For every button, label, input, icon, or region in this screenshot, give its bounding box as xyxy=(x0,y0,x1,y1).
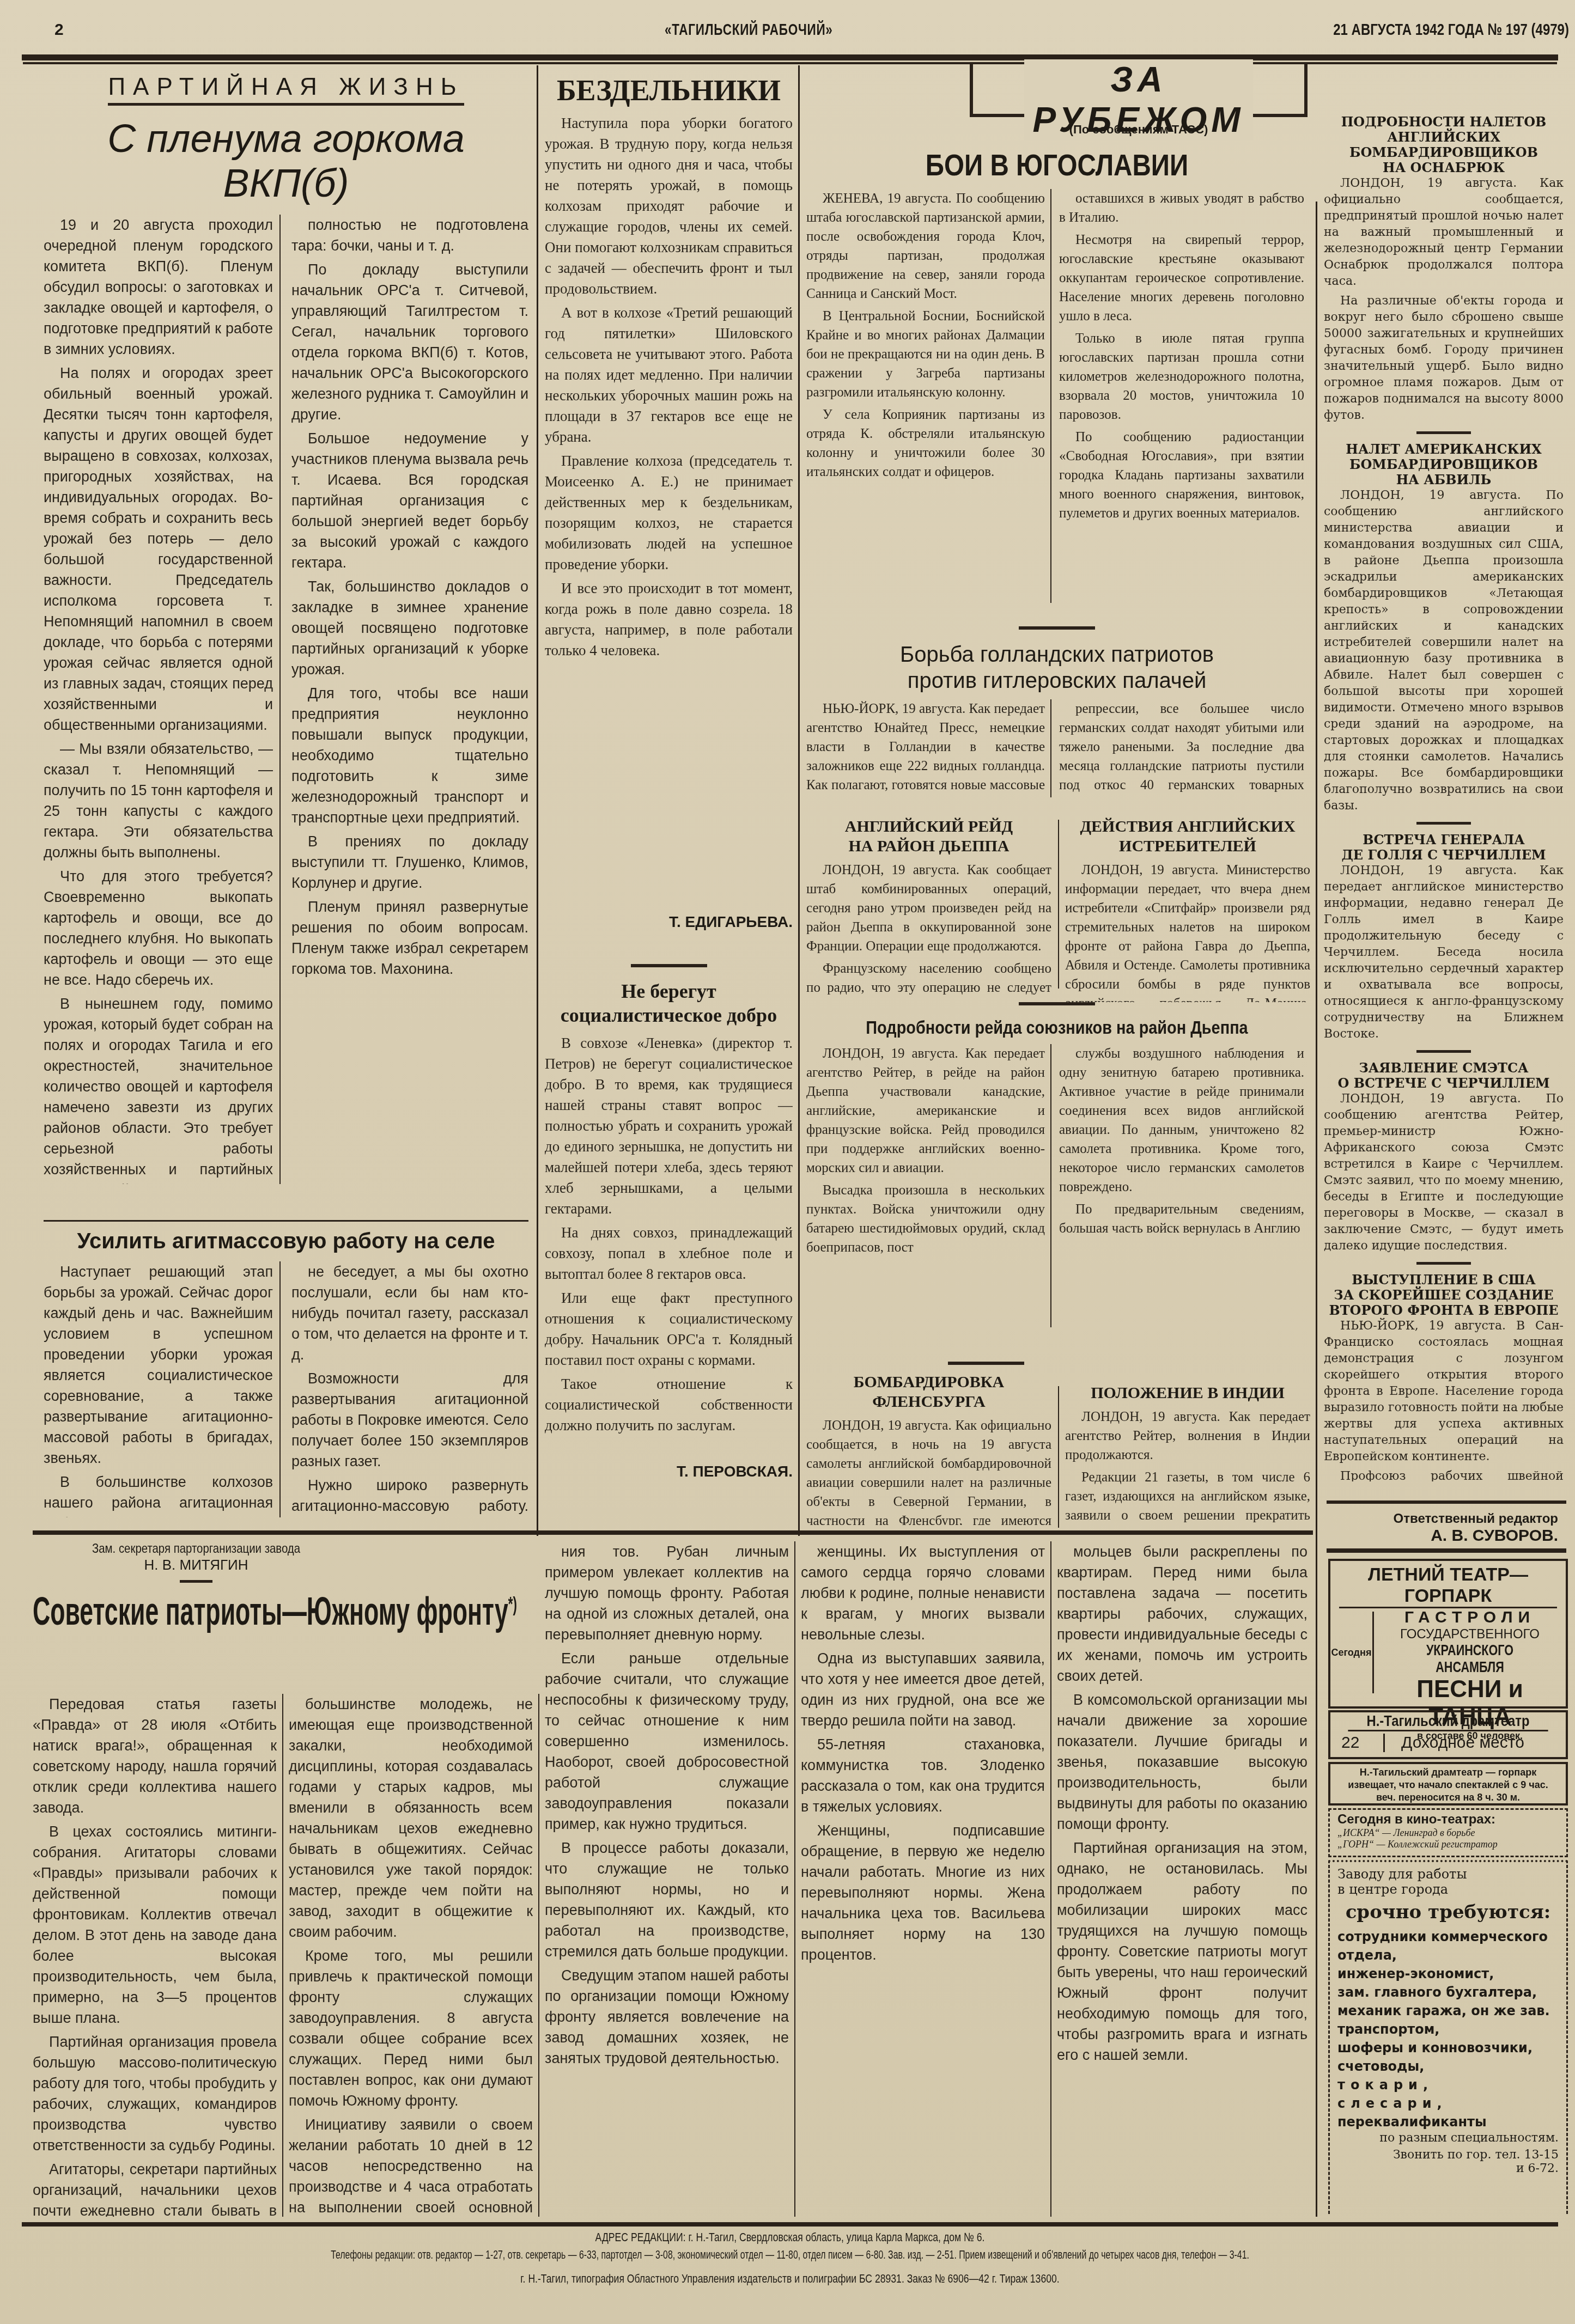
paragraph: Партийная организация провела большую ма… xyxy=(33,2032,277,2156)
paragraph: ЛОНДОН, 19 августа. По сообщению английс… xyxy=(1324,487,1564,814)
job-position: счетоводы, xyxy=(1337,2057,1559,2076)
paragraph: ЛОНДОН, 19 августа. Как официально сообщ… xyxy=(1324,175,1564,290)
paragraph: Одна из выступавших заявила, что хотя у … xyxy=(801,1648,1045,1731)
headline-line: АНГЛИЙСКИХ xyxy=(1324,130,1564,145)
byline: Зам. секретаря парторганизации завода Н.… xyxy=(33,1541,360,1583)
article-headline: Подробности рейда союзников на район Дье… xyxy=(844,1017,1270,1039)
article-column: большинстве молодежь, не имеющая еще про… xyxy=(289,1694,539,2217)
article-headline: БОИ В ЮГОСЛАВИИ xyxy=(844,147,1270,182)
headline-line: ВЫСТУПЛЕНИЕ В США xyxy=(1324,1272,1564,1288)
paragraph: — Мы взяли обязательство, — сказал т. Не… xyxy=(44,739,273,863)
paragraph: 19 и 20 августа проходил очередной плену… xyxy=(44,215,273,359)
headline-line: ДЕЙСТВИЯ АНГЛИЙСКИХ xyxy=(1065,817,1310,837)
divider xyxy=(1416,1262,1471,1265)
headline-line: ИСТРЕБИТЕЛЕЙ xyxy=(1065,837,1310,856)
column-rule xyxy=(537,65,538,1536)
paragraph: Редакции 21 газеты, в том числе 6 газет,… xyxy=(1065,1468,1310,1525)
ad-line: УКРАИНСКОГО АНСАМБЛЯ xyxy=(1393,1642,1547,1676)
paragraph: НЬЮ-ЙОРК, 19 августа. Как передает агент… xyxy=(806,699,1045,797)
headline-line: ВТОРОГО ФРОНТА В ЕВРОПЕ xyxy=(1324,1303,1564,1318)
theater-ad: ЛЕТНИЙ ТЕАТР—ГОРПАРК Сегодня ГАСТРОЛИ ГО… xyxy=(1328,1559,1568,1709)
paragraph: Наступила пора уборки богатого урожая. В… xyxy=(545,113,793,299)
paragraph: В цехах состоялись митинги-собрания. Аги… xyxy=(33,1821,277,2028)
footer: АДРЕС РЕДАКЦИИ: г. Н.-Тагил, Свердловска… xyxy=(22,2230,1558,2286)
paragraph: ЛОНДОН, 19 августа. Министерство информа… xyxy=(1065,861,1310,1002)
paragraph: полностью не подготовлена тара: бочки, ч… xyxy=(291,215,528,256)
article-body: ЛОНДОН, 19 августа. По сообщению английс… xyxy=(1324,487,1564,814)
movie-listing: „ГОРН“ — Коллежский регистратор xyxy=(1337,1839,1559,1850)
ad-title: Сегодня в кино-театрах: xyxy=(1337,1812,1559,1827)
footer-rule xyxy=(22,2222,1558,2227)
paragraph: ЛОНДОН, 19 августа. Как передает английс… xyxy=(1324,863,1564,1042)
dont-spare-article: Не берегут социалистическое добро В совх… xyxy=(545,964,793,1528)
divider xyxy=(1416,1050,1471,1053)
paragraph: Нужно широко развернуть агитационно-масс… xyxy=(291,1475,528,1517)
headline-line: НАЛЕТ АМЕРИКАНСКИХ xyxy=(1324,442,1564,457)
byline-title: Зам. секретаря парторганизации завода xyxy=(57,1541,335,1557)
paragraph: Женщины, подписавшие обращение, в первую… xyxy=(801,1820,1045,1965)
paragraph: Кроме того, мы решили привлечь к практич… xyxy=(289,1945,533,2111)
paragraph: В совхозе «Леневка» (директор т. Петров)… xyxy=(545,1033,793,1219)
paragraph: На полях и огородах зреет обильный военн… xyxy=(44,363,273,735)
paragraph: оставшихся в живых уводят в рабство в Ит… xyxy=(1059,189,1304,227)
ad-title: Н.-Тагильский драмтеатр xyxy=(1348,1712,1548,1731)
article-column: репрессии, все большее число германских … xyxy=(1059,699,1304,797)
fighters-article: ДЕЙСТВИЯ АНГЛИЙСКИХ ИСТРЕБИТЕЛЕЙ ЛОНДОН,… xyxy=(1065,817,1310,1002)
divider xyxy=(1327,1500,1566,1504)
yugoslavia-article: БОИ В ЮГОСЛАВИИ ЖЕНЕВА, 19 августа. По с… xyxy=(806,147,1308,621)
paragraph: 55-летняя стахановка, коммунистка тов. З… xyxy=(801,1734,1045,1817)
newspaper-title: «ТАГИЛЬСКИЙ РАБОЧИЙ» xyxy=(665,21,833,39)
paragraph: ЛОНДОН, 19 августа. Как передает агентст… xyxy=(806,1044,1045,1178)
job-position: механик гаража, он же зав. транспортом, xyxy=(1337,2002,1559,2039)
jobs-ad: Заводу для работы в центре города срочно… xyxy=(1328,1860,1568,2214)
job-position: сотрудники коммерческого отдела, xyxy=(1337,1927,1559,1965)
headline-line: НА ОСНАБРЮК xyxy=(1324,160,1564,175)
paragraph: Такое отношение к социалистической собст… xyxy=(545,1374,793,1436)
byline-name: Н. В. МИТЯГИН xyxy=(33,1557,360,1573)
paragraph: репрессии, все большее число германских … xyxy=(1059,699,1304,797)
paragraph: В Центральной Боснии, Боснийской Крайне … xyxy=(806,307,1045,402)
article-column: ния тов. Рубан личным примером увлекает … xyxy=(545,1541,795,2217)
paragraph: ЛОНДОН, 19 августа. Как передает агентст… xyxy=(1065,1407,1310,1465)
paragraph: У села Коприяник партизаны из отряда К. … xyxy=(806,405,1045,481)
flensburg-article: БОМБАРДИРОВКА ФЛЕНСБУРГА ЛОНДОН, 19 авгу… xyxy=(806,1362,1051,1525)
paragraph: не беседует, а мы бы охотно послушали, е… xyxy=(291,1261,528,1365)
ad-headline: срочно требуются: xyxy=(1337,1901,1559,1923)
paragraph: Высадка произошла в нескольких пунктах. … xyxy=(806,1181,1045,1257)
ad-title: ЛЕТНИЙ ТЕАТР—ГОРПАРК xyxy=(1339,1564,1557,1608)
page-number: 2 xyxy=(54,21,64,39)
paragraph: В нынешнем году, помимо урожая, который … xyxy=(44,993,273,1184)
article-column: мольцев были раскреплены по квартирам. П… xyxy=(1057,1541,1308,2217)
column-rule xyxy=(1058,1386,1059,1528)
paragraph: Партийная организация на этом, однако, н… xyxy=(1057,1838,1308,2065)
phone-number: Звонить по гор. тел. 13-15 xyxy=(1337,2148,1559,2162)
headline-line: О ВСТРЕЧЕ С ЧЕРЧИЛЛЕМ xyxy=(1324,1076,1564,1091)
ad-intro: Заводу для работы xyxy=(1337,1866,1559,1882)
paragraph: Только в июле пятая группа югославских п… xyxy=(1059,329,1304,424)
phone-number: и 6-72. xyxy=(1337,2162,1559,2175)
editorial-phones: Телефоны редакции: отв. редактор — 1-27,… xyxy=(237,2248,1343,2262)
party-life-section: ПАРТИЙНАЯ ЖИЗНЬ С пленума горкома ВКП(б)… xyxy=(44,74,528,1184)
ad-intro: в центре города xyxy=(1337,1882,1559,1897)
article-column: ЛОНДОН, 19 августа. Как передает агентст… xyxy=(806,1044,1051,1327)
divider xyxy=(948,1362,1024,1365)
headline-line: против гитлеровских палачей xyxy=(806,668,1308,694)
paragraph: ЛОНДОН, 19 августа. По сообщению агентст… xyxy=(1324,1091,1564,1254)
divider xyxy=(1019,1002,1095,1005)
article-columns: ния тов. Рубан личным примером увлекает … xyxy=(545,1541,1308,2217)
section-rule xyxy=(33,1530,1313,1535)
article-body: ЛОНДОН, 19 августа. Как передает агентст… xyxy=(1065,1407,1310,1525)
editor-credit: Ответственный редактор А. В. СУВОРОВ. xyxy=(1324,1511,1558,1545)
column-rule xyxy=(798,65,800,1536)
headline-line: ВСТРЕЧА ГЕНЕРАЛА xyxy=(1324,832,1564,847)
paragraph: НЬЮ-ЙОРК, 19 августа. В Сан-Франциско со… xyxy=(1324,1318,1564,1465)
movie-listing: „ИСКРА“ — Ленинград в борьбе xyxy=(1337,1827,1559,1839)
paragraph: Французскому населению сообщено по радио… xyxy=(806,959,1051,1002)
american-raid-article: НАЛЕТ АМЕРИКАНСКИХ БОМБАРДИРОВЩИКОВ НА А… xyxy=(1324,442,1564,814)
masthead: 2 «ТАГИЛЬСКИЙ РАБОЧИЙ» 21 АВГУСТА 1942 Г… xyxy=(33,16,1569,49)
paragraph: Или еще факт преступного отношения к соц… xyxy=(545,1288,793,1370)
headline-line: БОМБАРДИРОВЩИКОВ xyxy=(1324,145,1564,160)
article-body: ЛОНДОН, 19 августа. Министерство информа… xyxy=(1065,861,1310,1002)
job-position: слесари, xyxy=(1337,2094,1559,2113)
editor-label: Ответственный редактор xyxy=(1324,1511,1558,1527)
usa-front-article: ВЫСТУПЛЕНИЕ В США ЗА СКОРЕЙШЕЕ СОЗДАНИЕ … xyxy=(1324,1272,1564,1481)
headline-line: БОМБАРДИРОВЩИКОВ xyxy=(1324,457,1564,472)
schedule-notice: Н.-Тагильский драмтеатр — горпарк извеща… xyxy=(1328,1762,1568,1805)
paragraph: мольцев были раскреплены по квартирам. П… xyxy=(1057,1541,1308,1686)
paragraph: Пленум принял развернутые решения по обо… xyxy=(291,896,528,979)
article-body: ЛОНДОН, 19 августа. Как официально сообщ… xyxy=(1324,175,1564,424)
ad-today-label: Сегодня xyxy=(1330,1612,1374,1693)
positions-list: сотрудники коммерческого отдела, инженер… xyxy=(1337,1927,1559,2131)
section-label: ПАРТИЙНАЯ ЖИЗНЬ xyxy=(108,74,464,106)
article-column: службы воздушного наблюдения и одну зени… xyxy=(1059,1044,1304,1327)
paragraph: женщины. Их выступления от самого сердца… xyxy=(801,1541,1045,1645)
job-position: шоферы и конновозчики, xyxy=(1337,2039,1559,2057)
paragraph: Для того, чтобы все наши предприятия неу… xyxy=(291,683,528,828)
article-column: оставшихся в живых уводят в рабство в Ит… xyxy=(1059,189,1304,603)
article-column: 19 и 20 августа проходил очередной плену… xyxy=(44,215,281,1184)
paragraph: В большинстве колхозов нашего района аги… xyxy=(44,1472,273,1517)
printer-info: г. Н.-Тагил, типография Областного Управ… xyxy=(175,2272,1404,2286)
paragraph: Агитаторы, секретари партийных организац… xyxy=(33,2159,277,2217)
article-columns: Передовая статья газеты «Правда» от 28 и… xyxy=(33,1694,539,2217)
paragraph: Возможности для развертывания агитационн… xyxy=(291,1368,528,1472)
cinema-ad: Сегодня в кино-театрах: „ИСКРА“ — Ленинг… xyxy=(1328,1808,1568,1857)
article-headline: Советские патриоты—Южному фронту*) xyxy=(33,1589,357,1634)
paragraph: ЛОНДОН, 19 августа. Как сообщает штаб ко… xyxy=(806,861,1051,956)
performance-date: 22 xyxy=(1341,1734,1385,1752)
headline-line: НА АБВИЛЬ xyxy=(1324,472,1564,487)
paragraph: Передовая статья газеты «Правда» от 28 и… xyxy=(33,1694,277,1818)
article-body: В совхозе «Леневка» (директор т. Петров)… xyxy=(545,1033,793,1457)
article-headline: С пленума горкома ВКП(б) xyxy=(44,117,528,206)
headline-line: ЗА СКОРЕЙШЕЕ СОЗДАНИЕ xyxy=(1324,1288,1564,1303)
divider xyxy=(1416,822,1471,825)
job-position: зам. главного бухгалтера, xyxy=(1337,1983,1559,2002)
paragraph: В прениях по докладу выступили тт. Глуше… xyxy=(291,831,528,893)
paragraph: А вот в колхозе «Третий решающий год пят… xyxy=(545,302,793,447)
column-rule xyxy=(1058,820,1059,989)
paragraph: ния тов. Рубан личным примером увлекает … xyxy=(545,1541,789,1645)
patriots-article: Зам. секретаря парторганизации завода Н.… xyxy=(33,1541,1313,2222)
headline-line: ЗАЯВЛЕНИЕ СМЭТСА xyxy=(1324,1060,1564,1076)
paragraph: Инициативу заявили о своем желании работ… xyxy=(289,2114,533,2217)
job-position: токари, xyxy=(1337,2076,1559,2094)
signature: Т. ПЕРОВСКАЯ. xyxy=(545,1463,793,1480)
paragraph: В комсомольской организации мы начали дв… xyxy=(1057,1689,1308,1834)
paragraph: Что для этого требуется? Своевременно вы… xyxy=(44,866,273,990)
masthead-rule xyxy=(22,54,1558,62)
paragraph: большинстве молодежь, не имеющая еще про… xyxy=(289,1694,533,1942)
article-body: ЛОНДОН, 19 августа. Как официально сообщ… xyxy=(806,1416,1051,1525)
paragraph: По докладу выступили начальник ОРС'а т. … xyxy=(291,259,528,425)
divider xyxy=(180,1580,212,1583)
abroad-banner: ЗА РУБЕЖОМ xyxy=(970,63,1308,117)
source-note: (По сообщениям ТАСС) xyxy=(970,123,1308,137)
newspaper-page: 2 «ТАГИЛЬСКИЙ РАБОЧИЙ» 21 АВГУСТА 1942 Г… xyxy=(0,0,1575,2324)
headline-line: ПОДРОБНОСТИ НАЛЕТОВ xyxy=(1324,114,1564,130)
dutch-patriots-article: Борьба голландских патриотов против гитл… xyxy=(806,626,1308,812)
headline-line: ДЕ ГОЛЛЯ С ЧЕРЧИЛЛЕМ xyxy=(1324,847,1564,863)
india-article: ПОЛОЖЕНИЕ В ИНДИИ ЛОНДОН, 19 августа. Ка… xyxy=(1065,1383,1310,1525)
paragraph: В процессе работы доказали, что служащие… xyxy=(545,1838,789,1962)
article-headline: ПОЛОЖЕНИЕ В ИНДИИ xyxy=(1065,1383,1310,1403)
paragraph: Наступает решающий этап борьбы за урожай… xyxy=(44,1261,273,1468)
drama-theater-ad: Н.-Тагильский драмтеатр 22 Доходное мест… xyxy=(1328,1710,1568,1759)
paragraph: Большое недоумение у участников пленума … xyxy=(291,428,528,573)
paragraph: По сообщению радиостанции «Свободная Юго… xyxy=(1059,428,1304,523)
headline-line: Не берегут xyxy=(545,979,793,1003)
paragraph: Сведущим этапом нашей работы по организа… xyxy=(545,1965,789,2069)
column-rule xyxy=(1316,202,1317,2217)
paragraph: На днях совхоз, принадлежащий совхозу, п… xyxy=(545,1222,793,1284)
idlers-article: БЕЗДЕЛЬНИКИ Наступила пора уборки богато… xyxy=(545,74,793,956)
paragraph: ЛОНДОН, 19 августа. Как официально сообщ… xyxy=(806,1416,1051,1525)
paragraph: ЖЕНЕВА, 19 августа. По сообщению штаба ю… xyxy=(806,189,1045,303)
article-column: полностью не подготовлена тара: бочки, ч… xyxy=(291,215,528,1184)
signature: Т. ЕДИГАРЬЕВА. xyxy=(545,913,793,931)
right-news-column: ПОДРОБНОСТИ НАЛЕТОВ АНГЛИЙСКИХ БОМБАРДИР… xyxy=(1324,114,1564,1481)
article-body: ЛОНДОН, 19 августа. Как сообщает штаб ко… xyxy=(806,861,1051,1002)
divider xyxy=(1416,431,1471,434)
osnabruck-article: ПОДРОБНОСТИ НАЛЕТОВ АНГЛИЙСКИХ БОМБАРДИР… xyxy=(1324,114,1564,424)
paragraph: Если раньше отдельные рабочие считали, ч… xyxy=(545,1648,789,1834)
headline-line: социалистическое добро xyxy=(545,1003,793,1027)
divider xyxy=(1019,626,1095,630)
editorial-address: АДРЕС РЕДАКЦИИ: г. Н.-Тагил, Свердловска… xyxy=(175,2230,1404,2244)
divider xyxy=(44,1220,528,1222)
divider xyxy=(1327,1548,1566,1553)
smuts-article: ЗАЯВЛЕНИЕ СМЭТСА О ВСТРЕЧЕ С ЧЕРЧИЛЛЕМ Л… xyxy=(1324,1060,1564,1254)
article-column: НЬЮ-ЙОРК, 19 августа. Как передает агент… xyxy=(806,699,1051,797)
job-position: инженер-экономист, xyxy=(1337,1965,1559,1983)
article-body: Наступила пора уборки богатого урожая. В… xyxy=(545,113,793,908)
footnote-mark: *) xyxy=(508,1593,517,1615)
headline-line: Борьба голландских патриотов xyxy=(806,642,1308,668)
job-position: переквалификанты xyxy=(1337,2113,1559,2131)
paragraph: Так, большинство докладов о закладке в з… xyxy=(291,576,528,680)
paragraph: Несмотря на свирепый террор, югославские… xyxy=(1059,230,1304,326)
ad-line: ГАСТРОЛИ xyxy=(1374,1608,1566,1627)
specialties-note: по разным специальностям. xyxy=(1337,2131,1559,2145)
de-gaulle-article: ВСТРЕЧА ГЕНЕРАЛА ДЕ ГОЛЛЯ С ЧЕРЧИЛЛЕМ ЛО… xyxy=(1324,832,1564,1042)
dieppe-details-article: Подробности рейда союзников на район Дье… xyxy=(806,1002,1308,1351)
article-headline: Усилить агитмассовую работу на селе xyxy=(44,1229,528,1254)
paragraph: И все это происходит в тот момент, когда… xyxy=(545,578,793,661)
paragraph: Профсоюз рабочих швейной промышленности … xyxy=(1324,1468,1564,1481)
ad-line: ГОСУДАРСТВЕННОГО xyxy=(1374,1627,1566,1642)
article-body: ЛОНДОН, 19 августа. По сообщению агентст… xyxy=(1324,1091,1564,1254)
play-title: Доходное место xyxy=(1385,1734,1524,1752)
headline-line: АНГЛИЙСКИЙ РЕЙД xyxy=(806,817,1051,837)
article-body: ЛОНДОН, 19 августа. Как передает английс… xyxy=(1324,863,1564,1042)
dieppe-raid-article: АНГЛИЙСКИЙ РЕЙД НА РАЙОН ДЬЕППА ЛОНДОН, … xyxy=(806,817,1051,1002)
article-column: Наступает решающий этап борьбы за урожай… xyxy=(44,1261,281,1517)
article-column: ЖЕНЕВА, 19 августа. По сообщению штаба ю… xyxy=(806,189,1051,603)
agitation-article: Усилить агитмассовую работу на селе Наст… xyxy=(44,1220,528,1525)
article-column: Передовая статья газеты «Правда» от 28 и… xyxy=(33,1694,283,2217)
editor-name: А. В. СУВОРОВ. xyxy=(1324,1527,1558,1545)
paragraph: службы воздушного наблюдения и одну зени… xyxy=(1059,1044,1304,1197)
article-headline: БОМБАРДИРОВКА ФЛЕНСБУРГА xyxy=(806,1373,1051,1412)
paragraph: На различные об'екты города и вокруг нег… xyxy=(1324,293,1564,424)
article-column: женщины. Их выступления от самого сердца… xyxy=(801,1541,1051,2217)
article-column: не беседует, а мы бы охотно послушали, е… xyxy=(291,1261,528,1517)
headline-line: НА РАЙОН ДЬЕППА xyxy=(806,837,1051,856)
issue-date: 21 АВГУСТА 1942 ГОДА № 197 (4979) xyxy=(1333,21,1569,39)
headline-text: Советские патриоты—Южному фронту xyxy=(33,1590,508,1633)
article-body: НЬЮ-ЙОРК, 19 августа. В Сан-Франциско со… xyxy=(1324,1318,1564,1481)
paragraph: Правление колхоза (председатель т. Моисе… xyxy=(545,450,793,575)
paragraph: По предварительным сведениям, большая ча… xyxy=(1059,1200,1304,1238)
divider xyxy=(631,964,707,967)
article-headline: БЕЗДЕЛЬНИКИ xyxy=(545,74,793,107)
